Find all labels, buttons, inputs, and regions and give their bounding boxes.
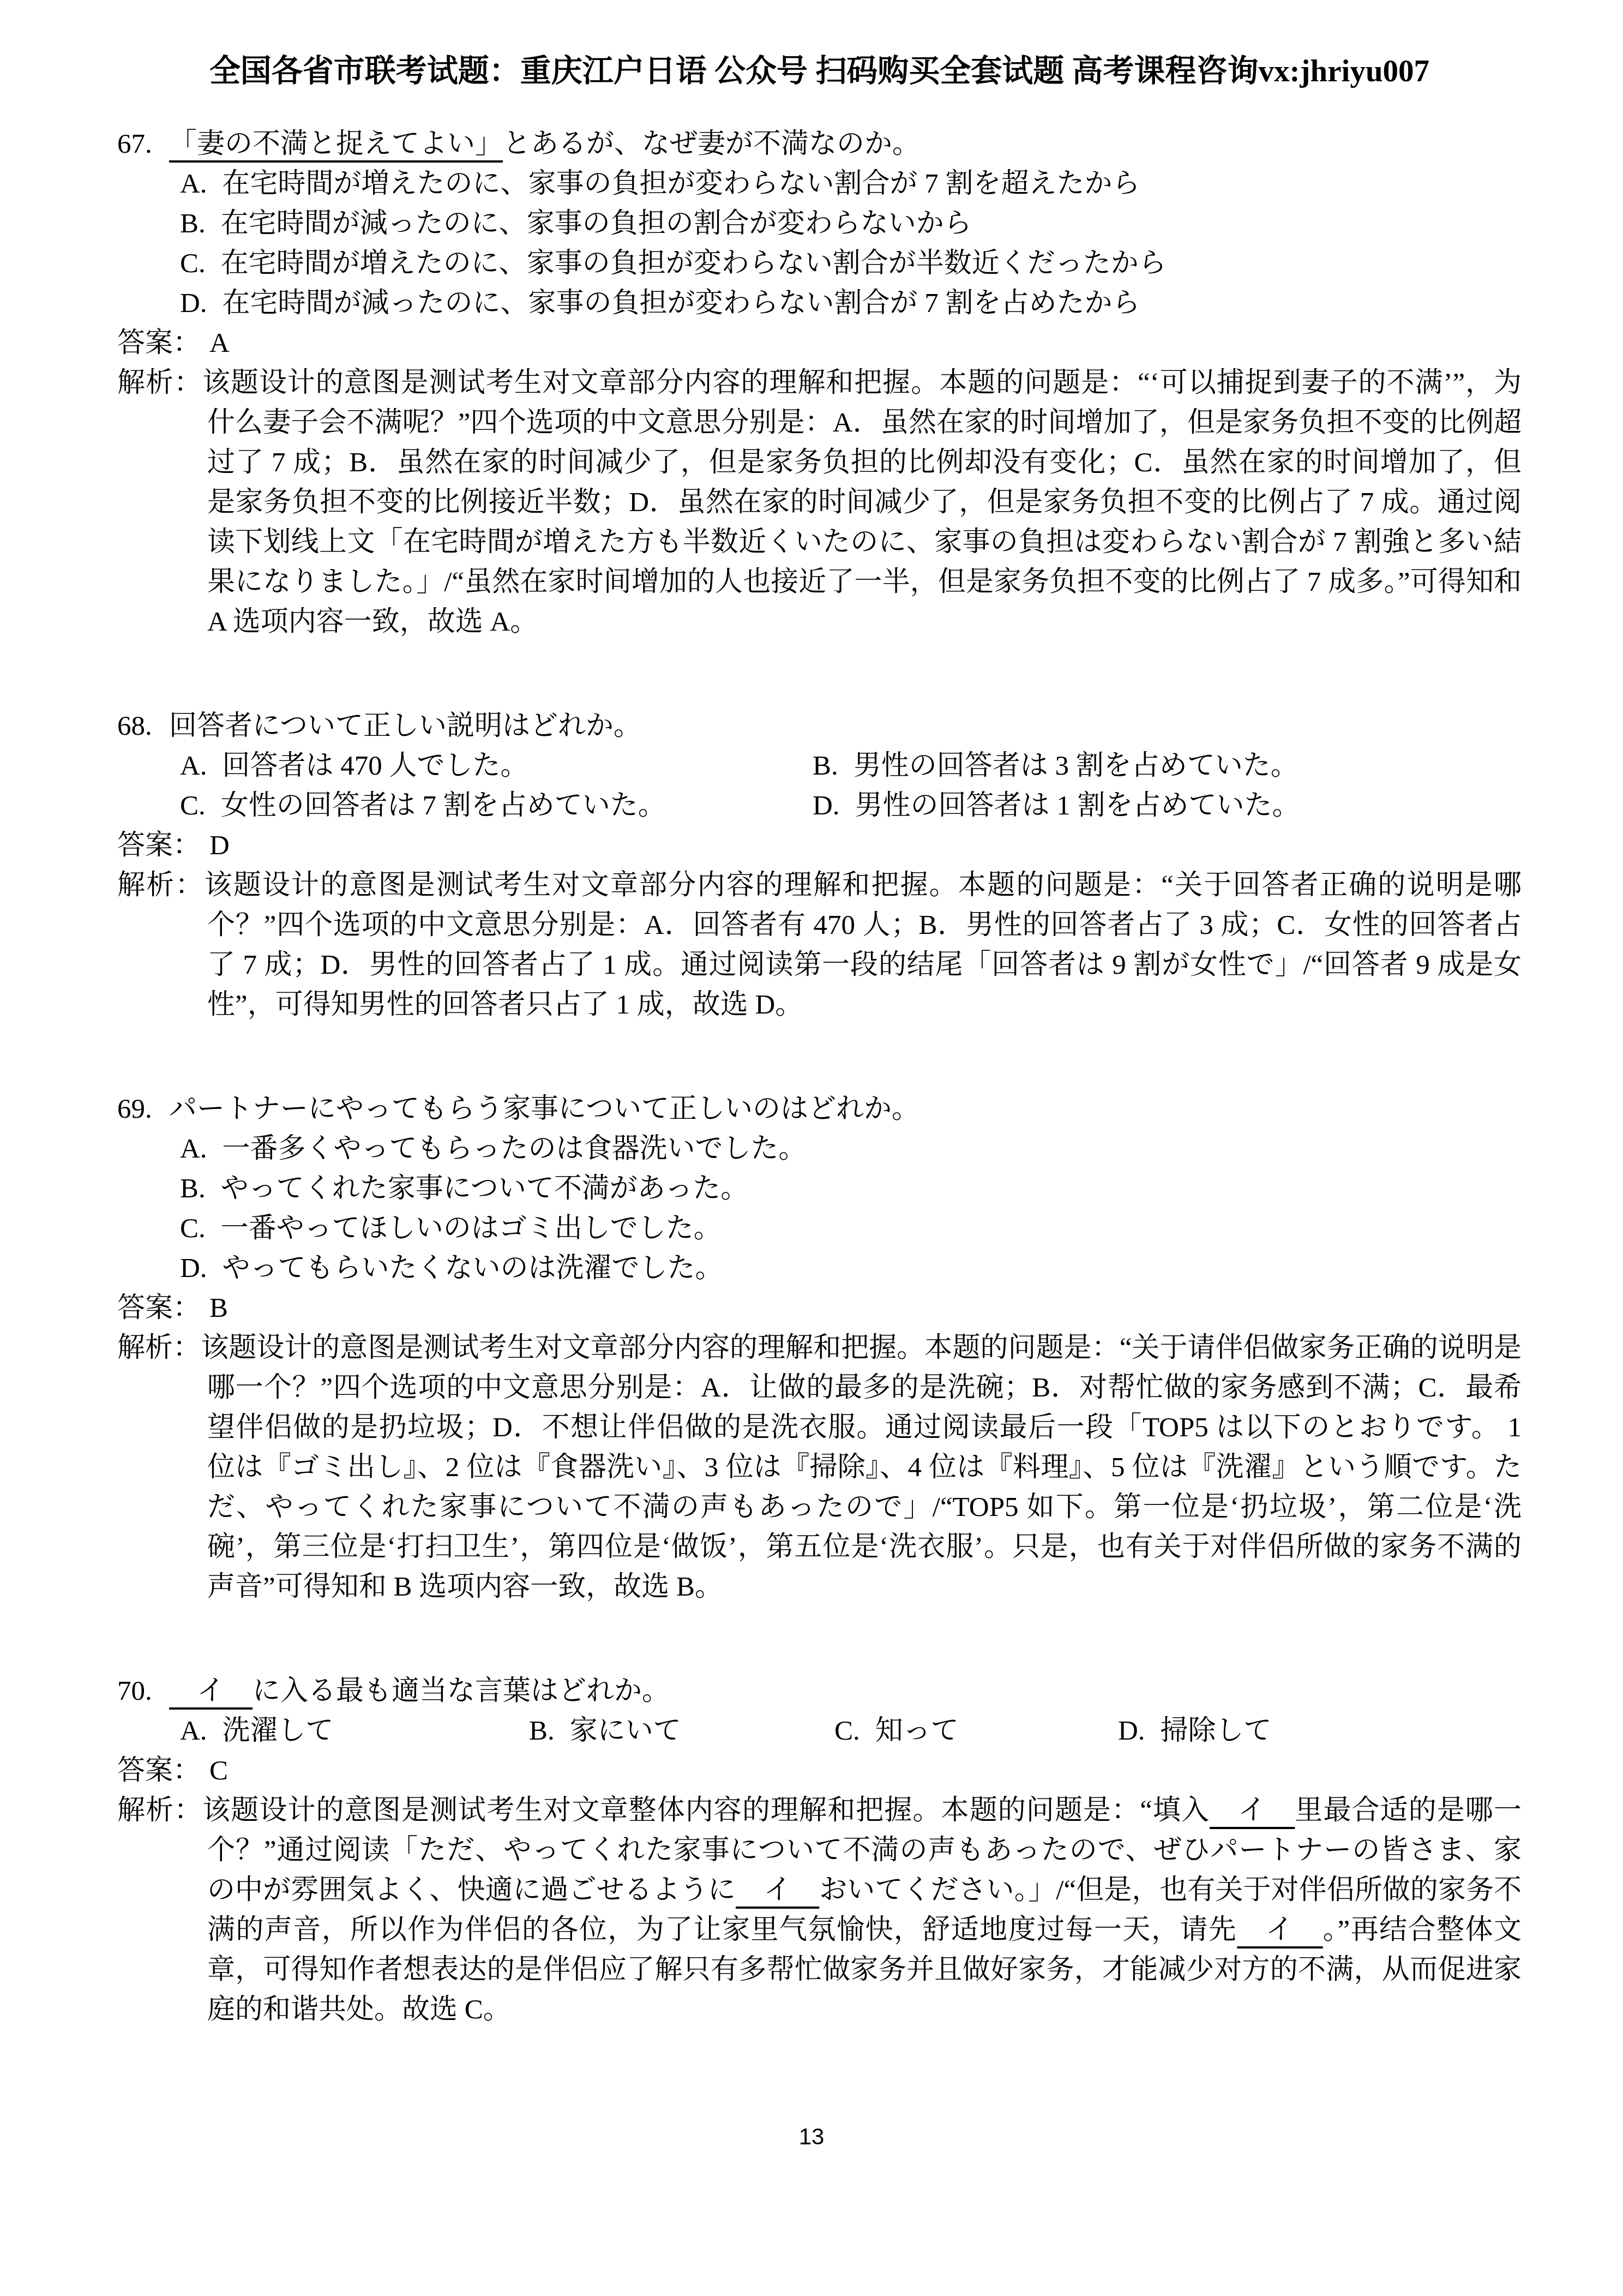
options-grid: A.回答者は 470 人でした。 B.男性の回答者は 3 割を占めていた。 C.… xyxy=(180,746,1522,826)
options-list: A.在宅時間が増えたのに、家事の負担が変わらない割合が 7 割を超えたから B.… xyxy=(117,164,1522,323)
answer-row: 答案：D xyxy=(117,826,1522,866)
option-label: A. xyxy=(180,751,207,781)
option-label: A. xyxy=(180,1134,207,1164)
option-label: B. xyxy=(180,1173,206,1204)
answer-row: 答案：A xyxy=(117,323,1522,363)
option-text: 女性の回答者は 7 割を占めていた。 xyxy=(221,790,666,821)
option-b: B.在宅時間が減ったのに、家事の負担の割合が変わらないから xyxy=(180,204,1522,244)
option-label: C. xyxy=(180,1213,206,1244)
option-text: やってもらいたくないのは洗濯でした。 xyxy=(223,1253,723,1284)
option-b: B.男性の回答者は 3 割を占めていた。 xyxy=(813,746,1522,786)
question-stem: 67.「妻の不満と捉えてよい」とあるが、なぜ妻が不満なのか。 xyxy=(117,124,1522,164)
question-67: 67.「妻の不満と捉えてよい」とあるが、なぜ妻が不満なのか。 A.在宅時間が増え… xyxy=(117,124,1522,642)
option-c: C.女性の回答者は 7 割を占めていた。 xyxy=(180,786,813,826)
option-text: 男性の回答者は 3 割を占めていた。 xyxy=(853,751,1299,781)
option-label: C. xyxy=(180,790,206,821)
question-number: 69. xyxy=(117,1089,169,1129)
answer-label: 答案： xyxy=(117,1755,201,1786)
option-c: C.知って xyxy=(834,1711,1118,1751)
option-label: D. xyxy=(180,1253,207,1284)
analysis-text: 该题设计的意图是测试考生对文章部分内容的理解和把握。本题的问题是：“关于请伴侣做… xyxy=(201,1333,1522,1602)
analysis-paragraph: 解析：该题设计的意图是测试考生对文章部分内容的理解和把握。本题的问题是：“关于回… xyxy=(207,866,1522,1025)
question-stem-text: 回答者について正しい説明はどれか。 xyxy=(169,711,641,741)
option-text: 洗濯して xyxy=(223,1716,334,1746)
option-text: 在宅時間が増えたのに、家事の負担が変わらない割合が 7 割を超えたから xyxy=(223,169,1140,199)
question-stem: 69.パートナーにやってもらう家事について正しいのはどれか。 xyxy=(117,1089,1522,1129)
option-label: B. xyxy=(180,208,206,239)
question-number: 68. xyxy=(117,706,169,746)
option-label: C. xyxy=(834,1716,860,1746)
question-68: 68.回答者について正しい説明はどれか。 A.回答者は 470 人でした。 B.… xyxy=(117,706,1522,1025)
option-d: D.掃除して xyxy=(1118,1711,1272,1751)
question-stem-text: 「妻の不満と捉えてよい」とあるが、なぜ妻が不満なのか。 xyxy=(169,129,920,159)
option-text: 一番やってほしいのはゴミ出しでした。 xyxy=(221,1213,722,1244)
option-b: B.家にいて xyxy=(529,1711,834,1751)
answer-value: D xyxy=(209,830,230,861)
page-number: 13 xyxy=(0,2124,1623,2150)
option-c: C.一番やってほしいのはゴミ出しでした。 xyxy=(180,1209,1522,1249)
document-page: 全国各省市联考试题：重庆江户日语 公众号 扫码购买全套试题 高考课程咨询vx:j… xyxy=(0,0,1623,2296)
answer-value: B xyxy=(209,1293,228,1323)
analysis-label: 解析： xyxy=(117,368,202,398)
answer-row: 答案：C xyxy=(117,1751,1522,1791)
option-label: D. xyxy=(180,288,207,319)
question-number: 70. xyxy=(117,1671,169,1711)
question-stem: 68.回答者について正しい説明はどれか。 xyxy=(117,706,1522,746)
option-label: A. xyxy=(180,1716,207,1746)
option-text: 家にいて xyxy=(570,1716,681,1746)
answer-value: A xyxy=(209,328,230,358)
option-a: A.洗濯して xyxy=(180,1711,529,1751)
analysis-paragraph: 解析：该题设计的意图是测试考生对文章部分内容的理解和把握。本题的问题是：“关于请… xyxy=(207,1328,1522,1607)
question-stem-text: イ に入る最も適当な言葉はどれか。 xyxy=(169,1676,670,1706)
analysis-paragraph: 解析：该题设计的意图是测试考生对文章整体内容的理解和把握。本题的问题是：“填入 … xyxy=(207,1791,1522,2030)
option-d: D.男性の回答者は 1 割を占めていた。 xyxy=(813,786,1522,826)
option-text: やってくれた家事について不満があった。 xyxy=(221,1173,748,1204)
option-label: B. xyxy=(529,1716,555,1746)
option-b: B.やってくれた家事について不満があった。 xyxy=(180,1169,1522,1209)
option-d: D.やってもらいたくないのは洗濯でした。 xyxy=(180,1249,1522,1288)
question-70: 70. イ に入る最も適当な言葉はどれか。 A.洗濯して B.家にいて C.知っ… xyxy=(117,1671,1522,2030)
options-list: A.一番多くやってもらったのは食器洗いでした。 B.やってくれた家事について不満… xyxy=(117,1129,1522,1288)
analysis-text: 该题设计的意图是测试考生对文章部分内容的理解和把握。本题的问题是：“‘可以捕捉到… xyxy=(202,368,1522,637)
option-label: C. xyxy=(180,248,206,279)
page-header: 全国各省市联考试题：重庆江户日语 公众号 扫码购买全套试题 高考课程咨询vx:j… xyxy=(117,52,1522,91)
option-d: D.在宅時間が減ったのに、家事の負担が変わらない割合が 7 割を占めたから xyxy=(180,284,1522,323)
answer-label: 答案： xyxy=(117,830,201,861)
option-text: 在宅時間が減ったのに、家事の負担の割合が変わらないから xyxy=(221,208,972,239)
answer-row: 答案：B xyxy=(117,1288,1522,1328)
option-text: 男性の回答者は 1 割を占めていた。 xyxy=(855,790,1300,821)
option-a: A.回答者は 470 人でした。 xyxy=(180,746,813,786)
question-69: 69.パートナーにやってもらう家事について正しいのはどれか。 A.一番多くやって… xyxy=(117,1089,1522,1607)
option-text: 掃除して xyxy=(1161,1716,1272,1746)
option-label: B. xyxy=(813,751,838,781)
option-label: D. xyxy=(1118,1716,1145,1746)
answer-label: 答案： xyxy=(117,1293,201,1323)
option-label: D. xyxy=(813,790,840,821)
analysis-text: 该题设计的意图是测试考生对文章部分内容的理解和把握。本题的问题是：“关于回答者正… xyxy=(205,870,1522,1020)
analysis-label: 解析： xyxy=(117,1795,202,1826)
question-stem: 70. イ に入る最も適当な言葉はどれか。 xyxy=(117,1671,1522,1711)
option-text: 回答者は 470 人でした。 xyxy=(223,751,528,781)
option-c: C.在宅時間が増えたのに、家事の負担が変わらない割合が半数近くだったから xyxy=(180,244,1522,284)
answer-label: 答案： xyxy=(117,328,201,358)
analysis-label: 解析： xyxy=(117,870,205,901)
options-row: A.洗濯して B.家にいて C.知って D.掃除して xyxy=(180,1711,1522,1751)
option-text: 一番多くやってもらったのは食器洗いでした。 xyxy=(223,1134,807,1164)
option-a: A.在宅時間が増えたのに、家事の負担が変わらない割合が 7 割を超えたから xyxy=(180,164,1522,204)
question-number: 67. xyxy=(117,124,169,164)
analysis-text: 该题设计的意图是测试考生对文章整体内容的理解和把握。本题的问题是：“填入 イ 里… xyxy=(202,1795,1522,2025)
answer-value: C xyxy=(209,1755,228,1786)
analysis-paragraph: 解析：该题设计的意图是测试考生对文章部分内容的理解和把握。本题的问题是：“‘可以… xyxy=(207,363,1522,642)
option-a: A.一番多くやってもらったのは食器洗いでした。 xyxy=(180,1129,1522,1169)
option-text: 知って xyxy=(875,1716,959,1746)
analysis-label: 解析： xyxy=(117,1333,201,1363)
option-text: 在宅時間が減ったのに、家事の負担が変わらない割合が 7 割を占めたから xyxy=(223,288,1140,319)
option-text: 在宅時間が増えたのに、家事の負担が変わらない割合が半数近くだったから xyxy=(221,248,1167,279)
question-stem-text: パートナーにやってもらう家事について正しいのはどれか。 xyxy=(169,1094,919,1124)
option-label: A. xyxy=(180,169,207,199)
